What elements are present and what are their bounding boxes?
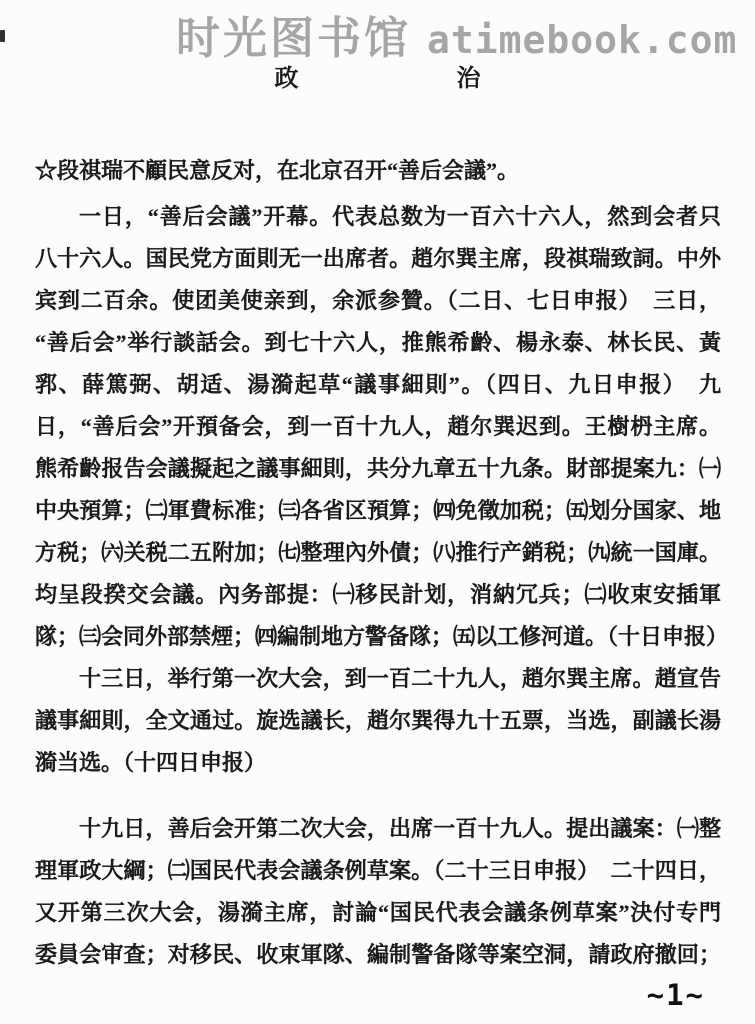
text-line: “善后会”举行談話会。到七十六人，推熊希齡、楊永泰、林长民、黃 [35, 322, 721, 364]
text-line: 熊希齡报告会議擬起之議事細則，共分九章五十九条。財部提案九：㈠ [35, 448, 721, 490]
text-line: 一日，“善后会議”开幕。代表总数为一百六十六人，然到会者只 [35, 196, 721, 238]
text-line: 議事細則，全文通过。旋选議长，趙尔巽得九十五票，当选，副議长湯 [35, 700, 721, 742]
text-line: 日，“善后会”开預备会，到一百十九人，趙尔巽迟到。王樹枬主席。 [35, 406, 721, 448]
page-number: ~1~ [647, 978, 705, 1012]
text-line: 中央預算；㈡軍費标准；㈢各省区預算；㈣免徵加税；㈤划分国家、地 [35, 490, 721, 532]
watermark-site-domain: atimebook.com [427, 18, 737, 62]
text-line-entry-heading: ☆段祺瑞不顧民意反对，在北京召开“善后会議”。 [35, 150, 721, 192]
text-line: 委員会审查；对移民、收束軍隊、編制警备隊等案空洞，請政府撤回； [35, 934, 721, 976]
chapter-title: 政 治 [0, 58, 755, 93]
watermark: 时光图书馆 atimebook.com [176, 2, 749, 66]
text-line: 十九日，善后会开第二次大会，出席一百十九人。提出議案：㈠整 [35, 808, 721, 850]
text-line: 八十六人。国民党方面則无一出席者。趙尔巽主席，段祺瑞致詞。中外 [35, 238, 721, 280]
chapter-title-char-right: 治 [457, 58, 481, 93]
body-text: ☆段祺瑞不顧民意反对，在北京召开“善后会議”。 一日，“善后会議”开幕。代表总数… [35, 150, 721, 976]
text-line: 宾到二百余。使团美使亲到，余派参贊。（二日、七日申报） 三日， [35, 280, 721, 322]
text-line: 郛、薛篤弼、胡适、湯漪起草“議事細則”。（四日、九日申报） 九 [35, 364, 721, 406]
chapter-title-char-left: 政 [275, 58, 299, 93]
scanned-book-page: 时光图书馆 atimebook.com 政 治 ☆段祺瑞不顧民意反对，在北京召开… [0, 0, 755, 1024]
text-line: 方税；㈥关税二五附加；㈦整理內外債；㈧推行产銷税；㈨統一国庫。 [35, 532, 721, 574]
watermark-site-name: 时光图书馆 [176, 2, 411, 66]
text-line: 均呈段揆交会議。內务部提：㈠移民計划，消納冗兵；㈡收束安插軍 [35, 574, 721, 616]
text-line: 又开第三次大会，湯漪主席，討論“国民代表会議条例草案”決付专門 [35, 892, 721, 934]
text-line: 漪当选。（十四日申报） [35, 742, 721, 784]
scan-artifact [0, 30, 5, 42]
text-line: 隊；㈢会同外部禁煙；㈣編制地方警备隊；㈤以工修河道。（十日申报） [35, 616, 721, 658]
text-line: 理軍政大綱；㈡国民代表会議条例草案。（二十三日申报） 二十四日， [35, 850, 721, 892]
text-line: 十三日，举行第一次大会，到一百二十九人，趙尔巽主席。趙宣告 [35, 658, 721, 700]
